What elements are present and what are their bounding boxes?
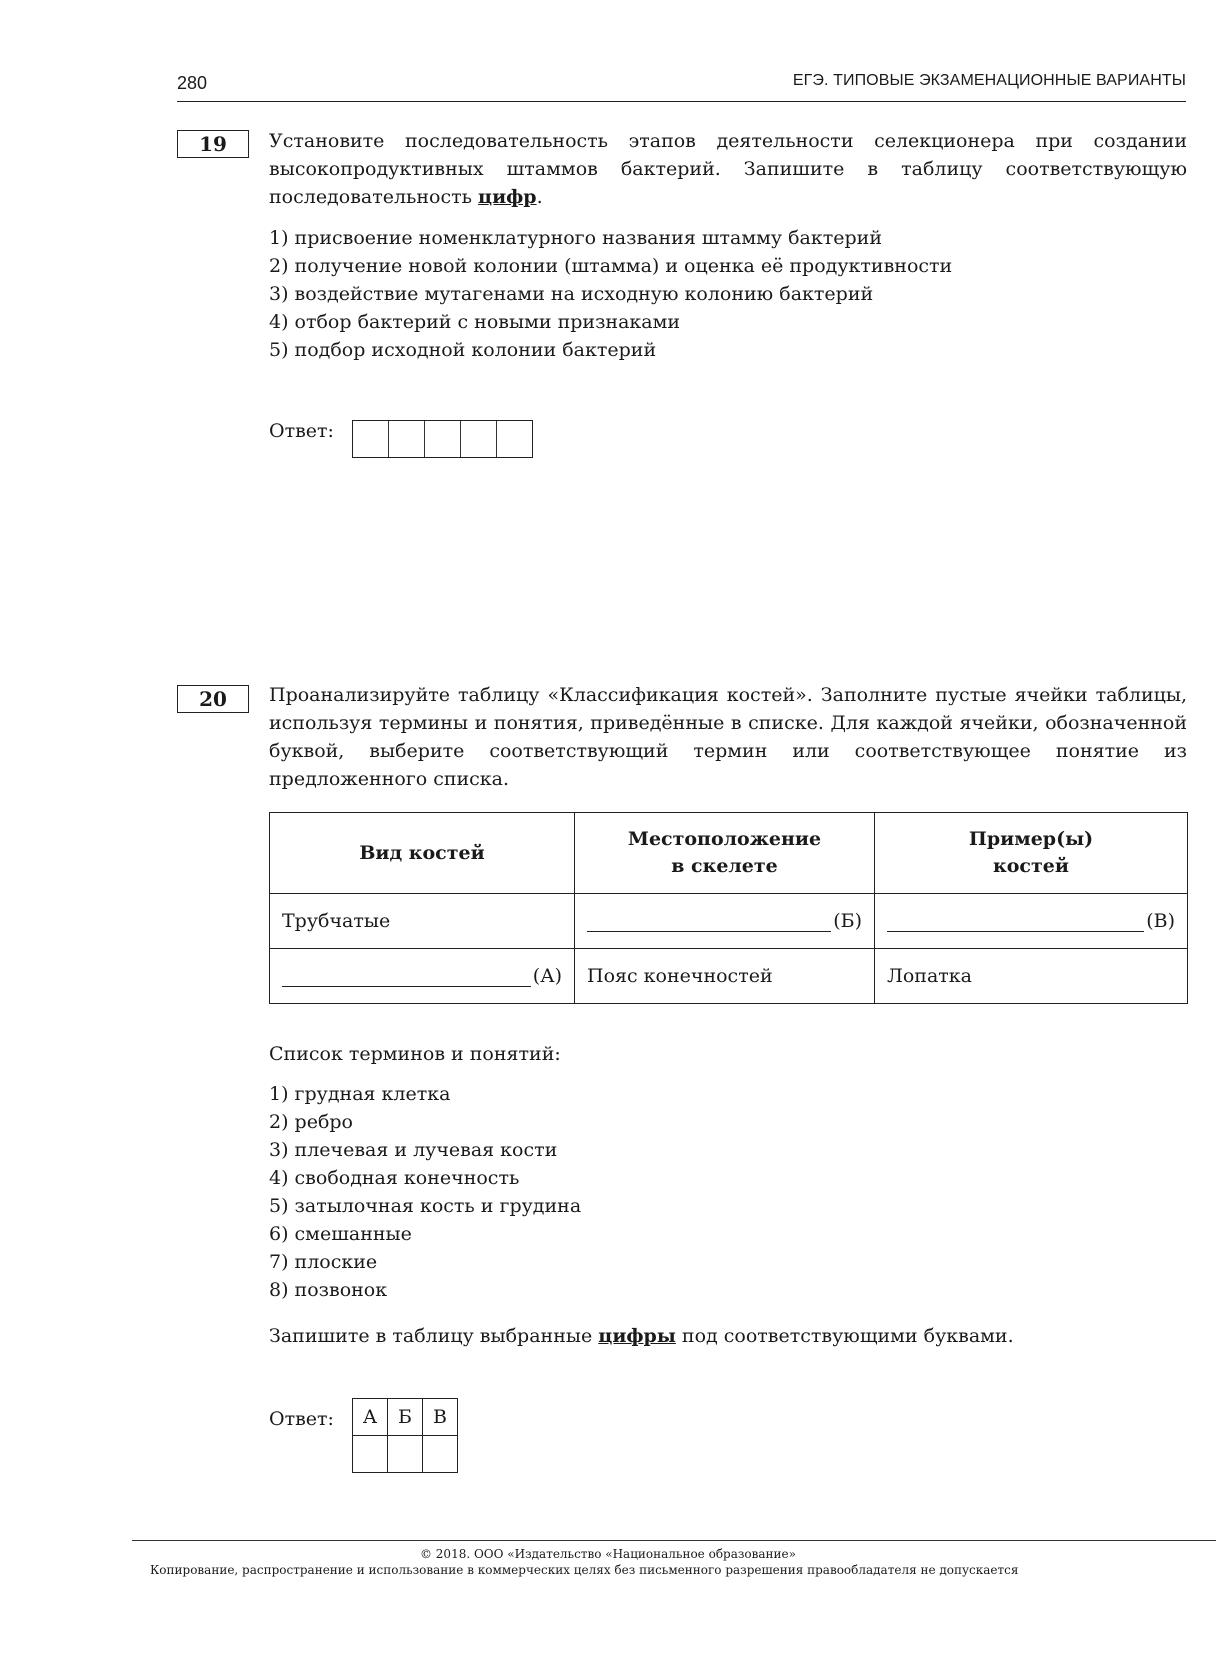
blank-line	[887, 913, 1144, 932]
footer-copyright: © 2018. ООО «Издательство «Национальное …	[0, 1547, 1216, 1561]
footer-notice: Копирование, распространение и использов…	[150, 1563, 1018, 1577]
instruction-text: Запишите в таблицу выбранные	[269, 1325, 598, 1347]
question-20-answer-grid: А Б В	[352, 1398, 458, 1473]
instruction-text-end: под соответствующими буквами.	[676, 1325, 1014, 1347]
question-19-options: 1) присвоение номенклатурного названия ш…	[269, 224, 952, 364]
answer-cell[interactable]	[496, 421, 532, 457]
header-text: Вид костей	[359, 842, 484, 864]
table-header-cell: Местоположениев скелете	[575, 813, 875, 894]
option-item: 1) присвоение номенклатурного названия ш…	[269, 224, 952, 252]
question-19-answer-label: Ответ:	[269, 420, 334, 442]
page-number: 280	[177, 73, 207, 94]
term-item: 6) смешанные	[269, 1220, 581, 1248]
answer-cell[interactable]	[423, 1436, 458, 1473]
question-19-emphasis: цифр	[478, 186, 537, 208]
blank-line	[282, 968, 531, 987]
header-text: Пример(ы)	[969, 828, 1093, 850]
table-cell: Пояс конечностей	[575, 949, 875, 1004]
terms-list: 1) грудная клетка 2) ребро 3) плечевая и…	[269, 1080, 581, 1304]
question-19-text: Установите последовательность этапов дея…	[269, 127, 1187, 211]
question-20-answer-label: Ответ:	[269, 1408, 334, 1430]
question-19-text-main: Установите последовательность этапов дея…	[269, 130, 1187, 208]
blank-letter: (Б)	[833, 910, 862, 932]
term-item: 1) грудная клетка	[269, 1080, 581, 1108]
blank-cell-b[interactable]: (Б)	[575, 894, 875, 949]
option-item: 3) воздействие мутагенами на исходную ко…	[269, 280, 952, 308]
header-text: Местоположение	[628, 828, 821, 850]
question-20-number: 20	[177, 685, 249, 713]
option-item: 4) отбор бактерий с новыми признаками	[269, 308, 952, 336]
answer-letter: Б	[388, 1399, 423, 1436]
header-text: в скелете	[671, 855, 778, 877]
question-20-instruction: Запишите в таблицу выбранные цифры под с…	[269, 1322, 1014, 1350]
question-19-answer-grid	[352, 420, 533, 458]
answer-cell[interactable]	[353, 1436, 388, 1473]
table-header-cell: Вид костей	[270, 813, 575, 894]
term-item: 4) свободная конечность	[269, 1164, 581, 1192]
table-header-cell: Пример(ы)костей	[875, 813, 1188, 894]
term-item: 7) плоские	[269, 1248, 581, 1276]
table-cell: Трубчатые	[270, 894, 575, 949]
answer-letter: А	[353, 1399, 388, 1436]
term-item: 8) позвонок	[269, 1276, 581, 1304]
table-cell: Лопатка	[875, 949, 1188, 1004]
instruction-emphasis: цифры	[598, 1325, 676, 1347]
option-item: 2) получение новой колонии (штамма) и оц…	[269, 252, 952, 280]
answer-cell[interactable]	[460, 421, 496, 457]
blank-letter: (А)	[533, 965, 562, 987]
terms-list-title: Список терминов и понятий:	[269, 1040, 561, 1068]
answer-cell[interactable]	[388, 1436, 423, 1473]
header-text: костей	[993, 855, 1069, 877]
term-item: 5) затылочная кость и грудина	[269, 1192, 581, 1220]
blank-line	[587, 913, 831, 932]
table-row: (А) Пояс конечностей Лопатка	[270, 949, 1188, 1004]
blank-cell-v[interactable]: (В)	[875, 894, 1188, 949]
blank-letter: (В)	[1146, 910, 1175, 932]
table-row: Трубчатые (Б) (В)	[270, 894, 1188, 949]
answer-cell[interactable]	[424, 421, 460, 457]
answer-cell[interactable]	[388, 421, 424, 457]
blank-cell-a[interactable]: (А)	[270, 949, 575, 1004]
bone-classification-table: Вид костей Местоположениев скелете Приме…	[269, 812, 1188, 1004]
question-19-text-end: .	[537, 186, 543, 208]
option-item: 5) подбор исходной колонии бактерий	[269, 336, 952, 364]
header-divider	[177, 101, 1186, 102]
answer-cell[interactable]	[353, 421, 388, 457]
term-item: 3) плечевая и лучевая кости	[269, 1136, 581, 1164]
answer-letter: В	[423, 1399, 458, 1436]
question-20-text: Проанализируйте таблицу «Классификация к…	[269, 681, 1187, 793]
question-19-number: 19	[177, 130, 249, 158]
term-item: 2) ребро	[269, 1108, 581, 1136]
table-header-row: Вид костей Местоположениев скелете Приме…	[270, 813, 1188, 894]
running-title: ЕГЭ. ТИПОВЫЕ ЭКЗАМЕНАЦИОННЫЕ ВАРИАНТЫ	[793, 72, 1186, 90]
footer-divider	[132, 1540, 1216, 1541]
